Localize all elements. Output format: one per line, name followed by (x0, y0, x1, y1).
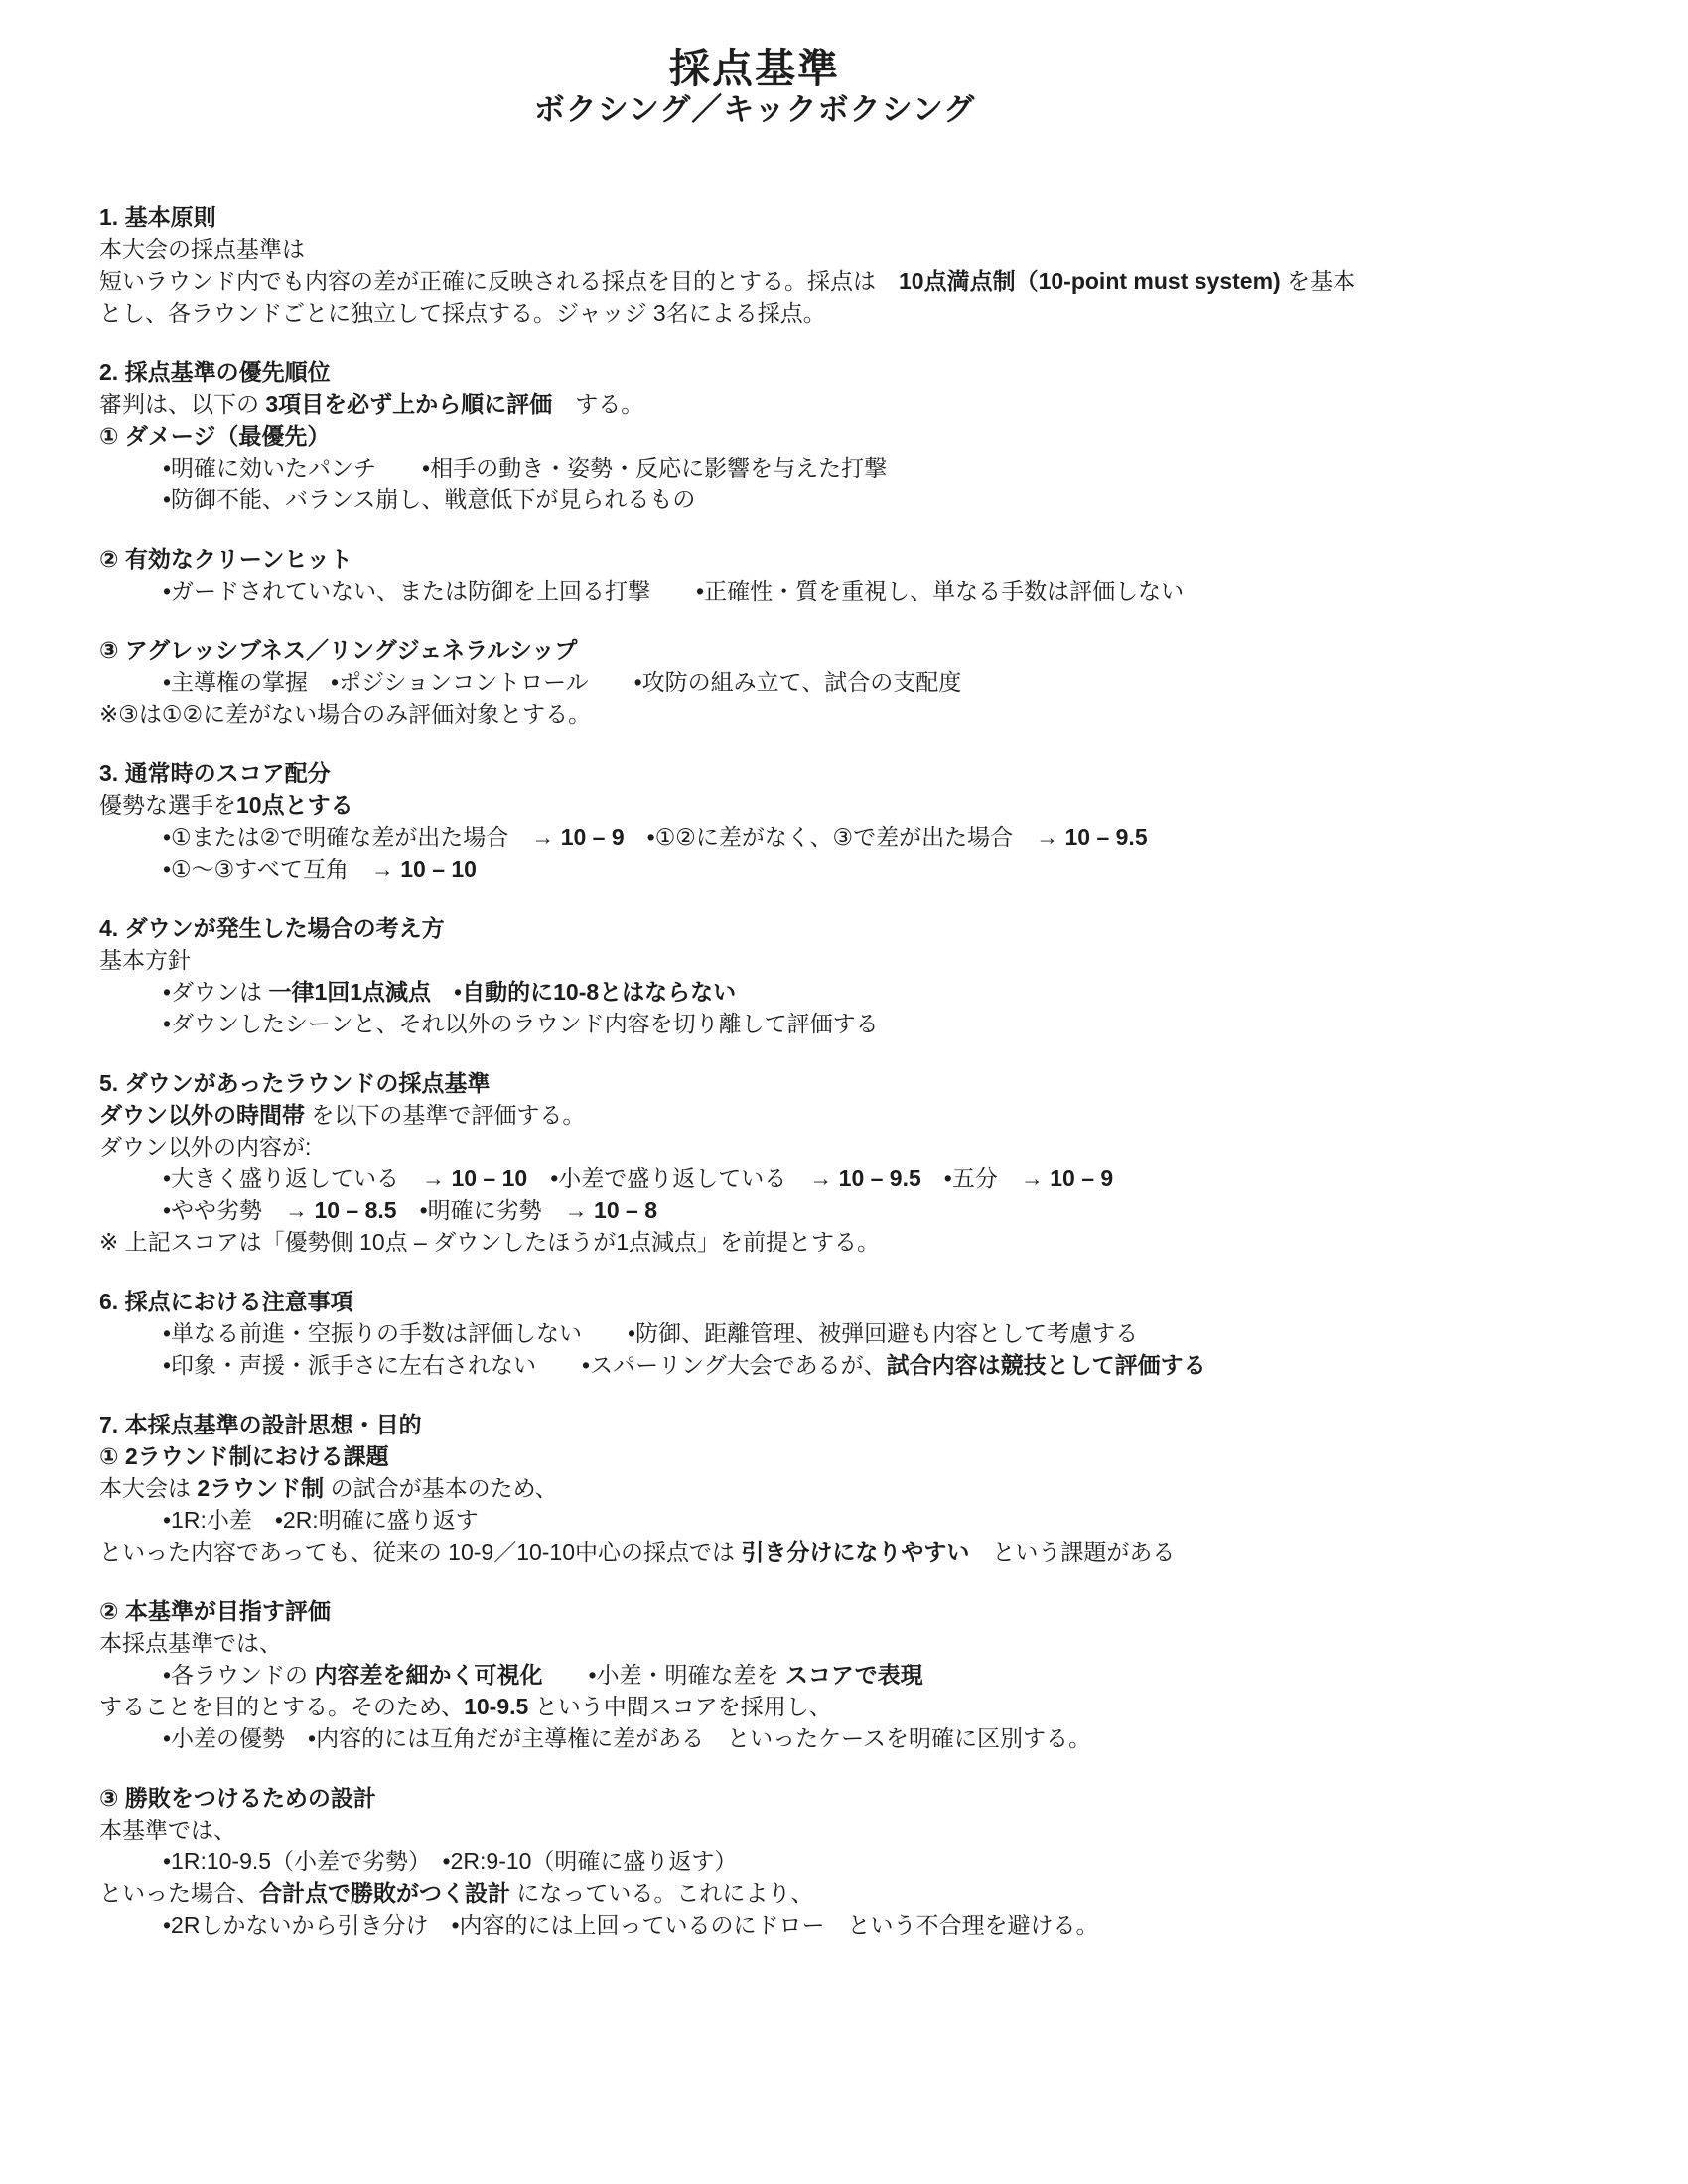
text-segment: の試合が基本のため、 (324, 1475, 557, 1501)
text-line: といった場合、合計点で勝敗がつく設計 になっている。これにより、 (99, 1877, 1549, 1909)
text-segment: 優勢な選手を (99, 792, 236, 818)
text-line: 短いラウンド内でも内容の差が正確に反映される採点を目的とする。採点は 10点満点… (99, 265, 1549, 297)
text-segment: 10点満点制（10-point must system) (899, 268, 1281, 294)
text-segment: ダウン以外の時間帯 (99, 1102, 305, 1128)
text-segment: 基本方針 (99, 947, 191, 973)
text-line: ※③は①②に差がない場合のみ評価対象とする。 (99, 698, 1549, 730)
text-segment: ダウン以外の内容が: (99, 1134, 311, 1160)
text-segment: といった場合、 (99, 1880, 259, 1906)
section: ② 本基準が目指す評価本採点基準では、•各ラウンドの 内容差を細かく可視化 •小… (99, 1595, 1549, 1754)
section: ③ 勝敗をつけるための設計本基準では、•1R:10-9.5（小差で劣勢） •2R… (99, 1782, 1549, 1941)
text-line: •ガードされていない、または防御を上回る打撃 •正確性・質を重視し、単なる手数は… (99, 575, 1549, 607)
text-segment: •明確に効いたパンチ •相手の動き・姿勢・反応に影響を与えた打撃 (163, 455, 887, 480)
text-segment: •2Rしかないから引き分け •内容的には上回っているのにドロー という不合理を避… (163, 1912, 1099, 1938)
text-segment: ① 2ラウンド制における課題 (99, 1443, 389, 1469)
text-segment: •大きく盛り返している → (163, 1165, 451, 1191)
text-segment: •単なる前進・空振りの手数は評価しない •防御、距離管理、被弾回避も内容として考… (163, 1320, 1138, 1346)
text-segment: 本大会は (99, 1475, 197, 1501)
text-segment: •1R:10-9.5（小差で劣勢） •2R:9-10（明確に盛り返す） (163, 1848, 737, 1874)
sections: 1. 基本原則本大会の採点基準は短いラウンド内でも内容の差が正確に反映される採点… (99, 202, 1549, 1941)
text-line: •ダウンしたシーンと、それ以外のラウンド内容を切り離して評価する (99, 1008, 1549, 1039)
text-segment: になっている。これにより、 (510, 1880, 813, 1906)
section-heading: ② 有効なクリーンヒット (99, 543, 1549, 575)
text-segment: • (431, 979, 462, 1005)
text-segment: 内容差を細かく可視化 (314, 1662, 542, 1688)
text-line: ダウン以外の時間帯 を以下の基準で評価する。 (99, 1099, 1549, 1131)
text-segment: することを目的とする。そのため、 (99, 1694, 464, 1719)
text-segment: •①②に差がなく、③で差が出た場合 → (625, 824, 1065, 850)
text-segment: •ダウンは (163, 979, 268, 1005)
text-segment: する。 (552, 391, 643, 417)
text-line: •①または②で明確な差が出た場合 → 10 – 9 •①②に差がなく、③で差が出… (99, 821, 1549, 853)
text-segment: とし、各ラウンドごとに独立して採点する。ジャッジ 3名による採点。 (99, 300, 826, 326)
text-line: 基本方針 (99, 944, 1549, 976)
text-segment: スコアで表現 (785, 1662, 923, 1688)
text-line: 本大会の採点基準は (99, 233, 1549, 265)
section-heading: 7. 本採点基準の設計思想・目的 (99, 1409, 1549, 1440)
section: 7. 本採点基準の設計思想・目的① 2ラウンド制における課題本大会は 2ラウンド… (99, 1409, 1549, 1568)
text-segment: •やや劣勢 → (163, 1197, 314, 1223)
text-segment: 本採点基準では、 (99, 1630, 282, 1656)
text-segment: •五分 → (921, 1165, 1050, 1191)
text-segment: 10 – 8 (594, 1197, 657, 1223)
text-line: •印象・声援・派手さに左右されない •スパーリング大会であるが、試合内容は競技と… (99, 1349, 1549, 1381)
text-segment: 自動的に10-8とはならない (462, 979, 736, 1005)
section: ③ アグレッシブネス／リングジェネラルシップ•主導権の掌握 •ポジションコントロ… (99, 634, 1549, 730)
text-line: 本基準では、 (99, 1814, 1549, 1845)
text-segment: ※③は①②に差がない場合のみ評価対象とする。 (99, 701, 591, 727)
text-segment: 10点とする (236, 792, 353, 818)
text-segment: •小差・明確な差を (542, 1662, 784, 1688)
text-segment: 10 – 10 (400, 856, 477, 882)
text-line: 優勢な選手を10点とする (99, 789, 1549, 821)
text-line: •1R:10-9.5（小差で劣勢） •2R:9-10（明確に盛り返す） (99, 1845, 1549, 1877)
text-segment: を以下の基準で評価する。 (305, 1102, 585, 1128)
text-segment: ① ダメージ（最優先） (99, 423, 330, 449)
text-segment: •印象・声援・派手さに左右されない •スパーリング大会であるが、 (163, 1352, 887, 1378)
text-line: •2Rしかないから引き分け •内容的には上回っているのにドロー という不合理を避… (99, 1909, 1549, 1941)
text-segment: 一律1回1点減点 (268, 979, 431, 1005)
text-segment: 10 – 9 (561, 824, 625, 850)
text-line: •1R:小差 •2R:明確に盛り返す (99, 1504, 1549, 1536)
text-segment: 合計点で勝敗がつく設計 (259, 1880, 510, 1906)
text-segment: 3項目を必ず上から順に評価 (265, 391, 552, 417)
text-segment: 2ラウンド制 (197, 1475, 324, 1501)
text-line: •各ラウンドの 内容差を細かく可視化 •小差・明確な差を スコアで表現 (99, 1659, 1549, 1691)
text-segment: といった内容であっても、従来の 10-9／10-10中心の採点では (99, 1539, 741, 1565)
text-segment: 10 – 9.5 (1064, 824, 1147, 850)
section-heading: 1. 基本原則 (99, 202, 1549, 233)
section: 3. 通常時のスコア配分優勢な選手を10点とする•①または②で明確な差が出た場合… (99, 757, 1549, 885)
text-segment: ※ 上記スコアは「優勢側 10点 – ダウンしたほうが1点減点」を前提とする。 (99, 1229, 880, 1255)
text-line: 審判は、以下の 3項目を必ず上から順に評価 する。 (99, 388, 1549, 420)
section-heading: 5. ダウンがあったラウンドの採点基準 (99, 1067, 1549, 1099)
text-segment: という中間スコアを採用し、 (528, 1694, 831, 1719)
document-subtitle: ボクシング／キックボクシング (99, 92, 1410, 128)
text-segment: 試合内容は競技として評価する (887, 1352, 1206, 1378)
text-segment: •各ラウンドの (163, 1662, 314, 1688)
section-heading: 4. ダウンが発生した場合の考え方 (99, 912, 1549, 944)
text-line: することを目的とする。そのため、10-9.5 という中間スコアを採用し、 (99, 1691, 1549, 1722)
text-line: •やや劣勢 → 10 – 8.5 •明確に劣勢 → 10 – 8 (99, 1194, 1549, 1226)
text-segment: 短いラウンド内でも内容の差が正確に反映される採点を目的とする。採点は (99, 268, 899, 294)
text-segment: •ガードされていない、または防御を上回る打撃 •正確性・質を重視し、単なる手数は… (163, 578, 1184, 604)
section: 1. 基本原則本大会の採点基準は短いラウンド内でも内容の差が正確に反映される採点… (99, 202, 1549, 329)
text-segment: •ダウンしたシーンと、それ以外のラウンド内容を切り離して評価する (163, 1011, 879, 1036)
text-segment: 審判は、以下の (99, 391, 265, 417)
text-segment: •主導権の掌握 •ポジションコントロール •攻防の組み立て、試合の支配度 (163, 669, 961, 695)
text-segment: •明確に劣勢 → (397, 1197, 594, 1223)
text-line: •①～③すべて互角 → 10 – 10 (99, 853, 1549, 885)
text-segment: 10 – 9.5 (839, 1165, 921, 1191)
text-segment: •小差で盛り返している → (527, 1165, 838, 1191)
text-line: •防御不能、バランス崩し、戦意低下が見られるもの (99, 483, 1549, 515)
text-segment: •防御不能、バランス崩し、戦意低下が見られるもの (163, 486, 695, 512)
section-heading: 2. 採点基準の優先順位 (99, 356, 1549, 388)
text-line: 本採点基準では、 (99, 1627, 1549, 1659)
text-segment: 引き分けになりやすい (741, 1539, 969, 1565)
section-heading: ③ 勝敗をつけるための設計 (99, 1782, 1549, 1814)
document-page: 採点基準 ボクシング／キックボクシング 1. 基本原則本大会の採点基準は短いラウ… (0, 0, 1688, 2184)
document-title: 採点基準 (99, 45, 1410, 92)
text-segment: 10-9.5 (464, 1694, 528, 1719)
text-segment: •①または②で明確な差が出た場合 → (163, 824, 561, 850)
section-heading: ③ アグレッシブネス／リングジェネラルシップ (99, 634, 1549, 666)
text-line: 本大会は 2ラウンド制 の試合が基本のため、 (99, 1472, 1549, 1504)
section: ② 有効なクリーンヒット•ガードされていない、または防御を上回る打撃 •正確性・… (99, 543, 1549, 607)
text-line: ダウン以外の内容が: (99, 1131, 1549, 1162)
text-line: ① 2ラウンド制における課題 (99, 1440, 1549, 1472)
section-heading: ② 本基準が目指す評価 (99, 1595, 1549, 1627)
text-segment: 10 – 10 (451, 1165, 527, 1191)
text-segment: という課題がある (969, 1539, 1175, 1565)
text-line: といった内容であっても、従来の 10-9／10-10中心の採点では 引き分けにな… (99, 1536, 1549, 1568)
text-line: •単なる前進・空振りの手数は評価しない •防御、距離管理、被弾回避も内容として考… (99, 1317, 1549, 1349)
text-segment: を基本 (1281, 268, 1355, 294)
text-segment: 10 – 9 (1050, 1165, 1113, 1191)
text-line: ※ 上記スコアは「優勢側 10点 – ダウンしたほうが1点減点」を前提とする。 (99, 1226, 1549, 1258)
text-line: •小差の優勢 •内容的には互角だが主導権に差がある といったケースを明確に区別す… (99, 1722, 1549, 1754)
section: 5. ダウンがあったラウンドの採点基準ダウン以外の時間帯 を以下の基準で評価する… (99, 1067, 1549, 1258)
text-segment: •1R:小差 •2R:明確に盛り返す (163, 1507, 479, 1533)
section-heading: 6. 採点における注意事項 (99, 1286, 1549, 1317)
text-segment: •小差の優勢 •内容的には互角だが主導権に差がある といったケースを明確に区別す… (163, 1725, 1091, 1751)
title-block: 採点基準 ボクシング／キックボクシング (99, 45, 1410, 128)
text-line: とし、各ラウンドごとに独立して採点する。ジャッジ 3名による採点。 (99, 297, 1549, 329)
text-line: •ダウンは 一律1回1点減点 •自動的に10-8とはならない (99, 976, 1549, 1008)
text-line: •明確に効いたパンチ •相手の動き・姿勢・反応に影響を与えた打撃 (99, 452, 1549, 483)
section: 6. 採点における注意事項•単なる前進・空振りの手数は評価しない •防御、距離管… (99, 1286, 1549, 1381)
text-segment: •①～③すべて互角 → (163, 856, 400, 882)
text-line: •大きく盛り返している → 10 – 10 •小差で盛り返している → 10 –… (99, 1162, 1549, 1194)
section: 2. 採点基準の優先順位審判は、以下の 3項目を必ず上から順に評価 する。① ダ… (99, 356, 1549, 515)
text-line: ① ダメージ（最優先） (99, 420, 1549, 452)
section: 4. ダウンが発生した場合の考え方基本方針•ダウンは 一律1回1点減点 •自動的… (99, 912, 1549, 1039)
text-segment: 本大会の採点基準は (99, 236, 305, 262)
text-segment: 10 – 8.5 (314, 1197, 396, 1223)
text-line: •主導権の掌握 •ポジションコントロール •攻防の組み立て、試合の支配度 (99, 666, 1549, 698)
section-heading: 3. 通常時のスコア配分 (99, 757, 1549, 789)
text-segment: 本基準では、 (99, 1817, 236, 1843)
